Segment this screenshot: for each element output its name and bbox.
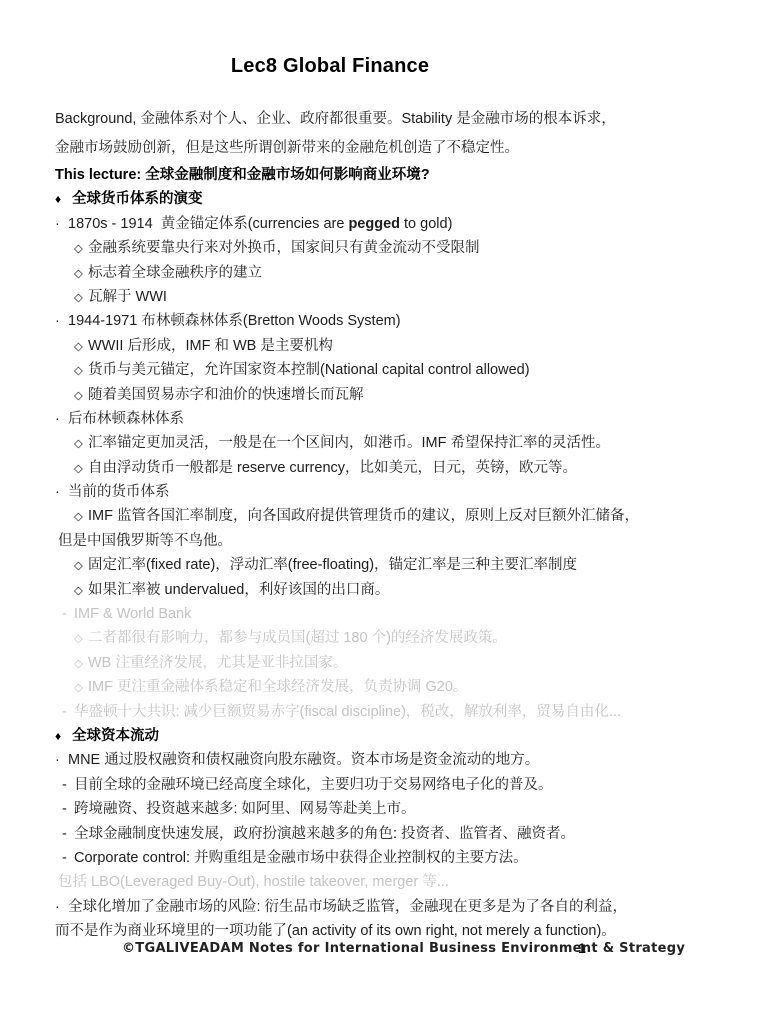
- doc-line: ◇自由浮动货币一般都是 reserve currency，比如美元，日元，英镑，…: [0, 456, 768, 480]
- doc-line: -跨境融资、投资越来越多: 如阿里、网易等赴美上市。: [0, 797, 768, 821]
- text-segment: 而不是作为商业环境里的一项功能了(an activity of its own …: [55, 923, 616, 939]
- text-segment: 全球金融制度快速发展，政府扮演越来越多的角色: 投资者、监管者、融资者。: [74, 826, 575, 842]
- doc-line: -Corporate control: 并购重组是金融市场中获得企业控制权的主要…: [0, 846, 768, 870]
- open-diamond-bullet-icon: ◇: [74, 384, 88, 408]
- text-segment: Background, 金融体系对个人、企业、政府都很重要。Stability …: [55, 111, 616, 127]
- doc-line: -目前全球的金融环境已经高度全球化，主要归功于交易网络电子化的普及。: [0, 773, 768, 797]
- text-segment: 固定汇率(fixed rate)，浮动汇率(free-floating)，锚定汇…: [88, 557, 577, 573]
- dash-bullet-icon: -: [62, 602, 74, 626]
- doc-line: ·全球化增加了金融市场的风险: 衍生品市场缺乏监管，金融现在更多是为了各自的利益…: [0, 895, 768, 919]
- doc-line: ◇WWII 后形成，IMF 和 WB 是主要机构: [0, 334, 768, 358]
- doc-line: This lecture: 全球金融制度和金融市场如何影响商业环境?: [0, 163, 768, 187]
- open-diamond-bullet-icon: ◇: [74, 554, 88, 578]
- open-diamond-bullet-icon: ◇: [74, 457, 88, 481]
- text-segment: IMF 监管各国汇率制度，向各国政府提供管理货币的建议，原则上反对巨额外汇储备，: [88, 508, 639, 524]
- text-segment: IMF & World Bank: [74, 606, 191, 622]
- text-segment: 瓦解于 WWI: [88, 289, 167, 305]
- doc-line: ◇货币与美元锚定，允许国家资本控制(National capital contr…: [0, 358, 768, 382]
- open-diamond-bullet-icon: ◇: [74, 237, 88, 261]
- doc-line: ♦全球货币体系的演变: [0, 187, 768, 211]
- text-segment: 1870s - 1914 黄金锚定体系(currencies are: [68, 216, 348, 232]
- doc-line: ◇瓦解于 WWI: [0, 285, 768, 309]
- text-segment: 货币与美元锚定，允许国家资本控制(National capital contro…: [88, 362, 530, 378]
- open-diamond-bullet-icon: ◇: [74, 579, 88, 603]
- doc-line: ◇二者都很有影响力，都参与成员国(超过 180 个)的经济发展政策。: [0, 626, 768, 650]
- text-segment: 二者都很有影响力，都参与成员国(超过 180 个)的经济发展政策。: [88, 630, 507, 646]
- dash-bullet-icon: -: [62, 700, 74, 724]
- open-diamond-bullet-icon: ◇: [74, 262, 88, 286]
- dot-bullet-icon: ·: [55, 480, 68, 504]
- doc-line: ◇汇率锚定更加灵活，一般是在一个区间内，如港币。IMF 希望保持汇率的灵活性。: [0, 431, 768, 455]
- diamond-bullet-icon: ♦: [55, 187, 72, 211]
- document-body: Background, 金融体系对个人、企业、政府都很重要。Stability …: [0, 105, 768, 944]
- open-diamond-bullet-icon: ◇: [74, 432, 88, 456]
- text-segment: 全球资本流动: [72, 728, 159, 744]
- doc-line: ·1870s - 1914 黄金锚定体系(currencies are pegg…: [0, 212, 768, 236]
- doc-line: Background, 金融体系对个人、企业、政府都很重要。Stability …: [0, 105, 768, 134]
- text-segment: WWII 后形成，IMF 和 WB 是主要机构: [88, 338, 333, 354]
- text-segment: 目前全球的金融环境已经高度全球化，主要归功于交易网络电子化的普及。: [74, 777, 553, 793]
- dot-bullet-icon: ·: [55, 212, 68, 236]
- doc-line: ·1944-1971 布林顿森林体系(Bretton Woods System): [0, 309, 768, 333]
- open-diamond-bullet-icon: ◇: [74, 286, 88, 310]
- page-number: 1: [578, 940, 586, 956]
- dash-bullet-icon: -: [62, 797, 74, 821]
- diamond-bullet-icon: ♦: [55, 724, 72, 748]
- text-segment: 1944-1971 布林顿森林体系(Bretton Woods System): [68, 313, 401, 329]
- text-segment: This lecture: 全球金融制度和金融市场如何影响商业环境?: [55, 167, 430, 183]
- text-segment: 标志着全球金融秩序的建立: [88, 265, 262, 281]
- text-segment: to gold): [400, 216, 452, 232]
- doc-line: ◇标志着全球金融秩序的建立: [0, 261, 768, 285]
- text-segment: 华盛顿十大共识: 减少巨额贸易赤字(fiscal discipline)，税改，…: [74, 704, 621, 720]
- text-segment: Corporate control: 并购重组是金融市场中获得企业控制权的主要方…: [74, 850, 528, 866]
- text-segment: 随着美国贸易赤字和油价的快速增长而瓦解: [88, 387, 364, 403]
- open-diamond-bullet-icon: ◇: [74, 676, 88, 700]
- text-segment: 包括 LBO(Leveraged Buy-Out), hostile takeo…: [58, 874, 449, 890]
- open-diamond-bullet-icon: ◇: [74, 652, 88, 676]
- doc-line: ·后布林顿森林体系: [0, 407, 768, 431]
- text-segment: 自由浮动货币一般都是 reserve currency，比如美元，日元，英镑，欧…: [88, 460, 577, 476]
- dot-bullet-icon: ·: [55, 748, 68, 772]
- doc-line: ♦全球资本流动: [0, 724, 768, 748]
- text-segment: 金融系统要靠央行来对外换币，国家间只有黄金流动不受限制: [88, 240, 480, 256]
- text-segment: 全球货币体系的演变: [72, 191, 203, 207]
- text-segment: 当前的货币体系: [68, 484, 170, 500]
- dash-bullet-icon: -: [62, 846, 74, 870]
- dash-bullet-icon: -: [62, 822, 74, 846]
- dash-bullet-icon: -: [62, 773, 74, 797]
- doc-line: -IMF & World Bank: [0, 602, 768, 626]
- text-segment: pegged: [348, 216, 400, 232]
- text-segment: 跨境融资、投资越来越多: 如阿里、网易等赴美上市。: [74, 801, 416, 817]
- doc-line: ◇金融系统要靠央行来对外换币，国家间只有黄金流动不受限制: [0, 236, 768, 260]
- doc-line: -全球金融制度快速发展，政府扮演越来越多的角色: 投资者、监管者、融资者。: [0, 822, 768, 846]
- doc-line: ◇如果汇率被 undervalued，利好该国的出口商。: [0, 578, 768, 602]
- doc-line: ◇固定汇率(fixed rate)，浮动汇率(free-floating)，锚定…: [0, 553, 768, 577]
- text-segment: 如果汇率被 undervalued，利好该国的出口商。: [88, 582, 389, 598]
- open-diamond-bullet-icon: ◇: [74, 359, 88, 383]
- doc-line: 金融市场鼓励创新，但是这些所谓创新带来的金融危机创造了不稳定性。: [0, 134, 768, 163]
- dot-bullet-icon: ·: [55, 407, 68, 431]
- open-diamond-bullet-icon: ◇: [74, 627, 88, 651]
- page-title: Lec8 Global Finance: [0, 55, 660, 78]
- text-segment: 全球化增加了金融市场的风险: 衍生品市场缺乏监管，金融现在更多是为了各自的利益，: [68, 899, 627, 915]
- text-segment: MNE 通过股权融资和债权融资向股东融资。资本市场是资金流动的地方。: [68, 752, 539, 768]
- text-segment: 金融市场鼓励创新，但是这些所谓创新带来的金融危机创造了不稳定性。: [55, 140, 519, 156]
- document-page: Lec8 Global Finance Background, 金融体系对个人、…: [0, 0, 768, 1024]
- footer-credit: ©TGALIVEADAM Notes for International Bus…: [122, 941, 685, 956]
- doc-line: 包括 LBO(Leveraged Buy-Out), hostile takeo…: [0, 870, 768, 894]
- doc-line: ◇WB 注重经济发展，尤其是亚非拉国家。: [0, 651, 768, 675]
- text-segment: 汇率锚定更加灵活，一般是在一个区间内，如港币。IMF 希望保持汇率的灵活性。: [88, 435, 610, 451]
- doc-line: 而不是作为商业环境里的一项功能了(an activity of its own …: [0, 919, 768, 943]
- dot-bullet-icon: ·: [55, 309, 68, 333]
- doc-line: -华盛顿十大共识: 减少巨额贸易赤字(fiscal discipline)，税改…: [0, 700, 768, 724]
- text-segment: 后布林顿森林体系: [68, 411, 184, 427]
- text-segment: IMF 更注重金融体系稳定和全球经济发展，负责协调 G20。: [88, 679, 467, 695]
- text-segment: 但是中国俄罗斯等不鸟他。: [58, 533, 232, 549]
- doc-line: ◇随着美国贸易赤字和油价的快速增长而瓦解: [0, 383, 768, 407]
- dot-bullet-icon: ·: [55, 895, 68, 919]
- doc-line: ◇IMF 监管各国汇率制度，向各国政府提供管理货币的建议，原则上反对巨额外汇储备…: [0, 504, 768, 528]
- open-diamond-bullet-icon: ◇: [74, 505, 88, 529]
- open-diamond-bullet-icon: ◇: [74, 335, 88, 359]
- doc-line: ◇IMF 更注重金融体系稳定和全球经济发展，负责协调 G20。: [0, 675, 768, 699]
- doc-line: ·MNE 通过股权融资和债权融资向股东融资。资本市场是资金流动的地方。: [0, 748, 768, 772]
- doc-line: 但是中国俄罗斯等不鸟他。: [0, 529, 768, 553]
- text-segment: WB 注重经济发展，尤其是亚非拉国家。: [88, 655, 347, 671]
- doc-line: ·当前的货币体系: [0, 480, 768, 504]
